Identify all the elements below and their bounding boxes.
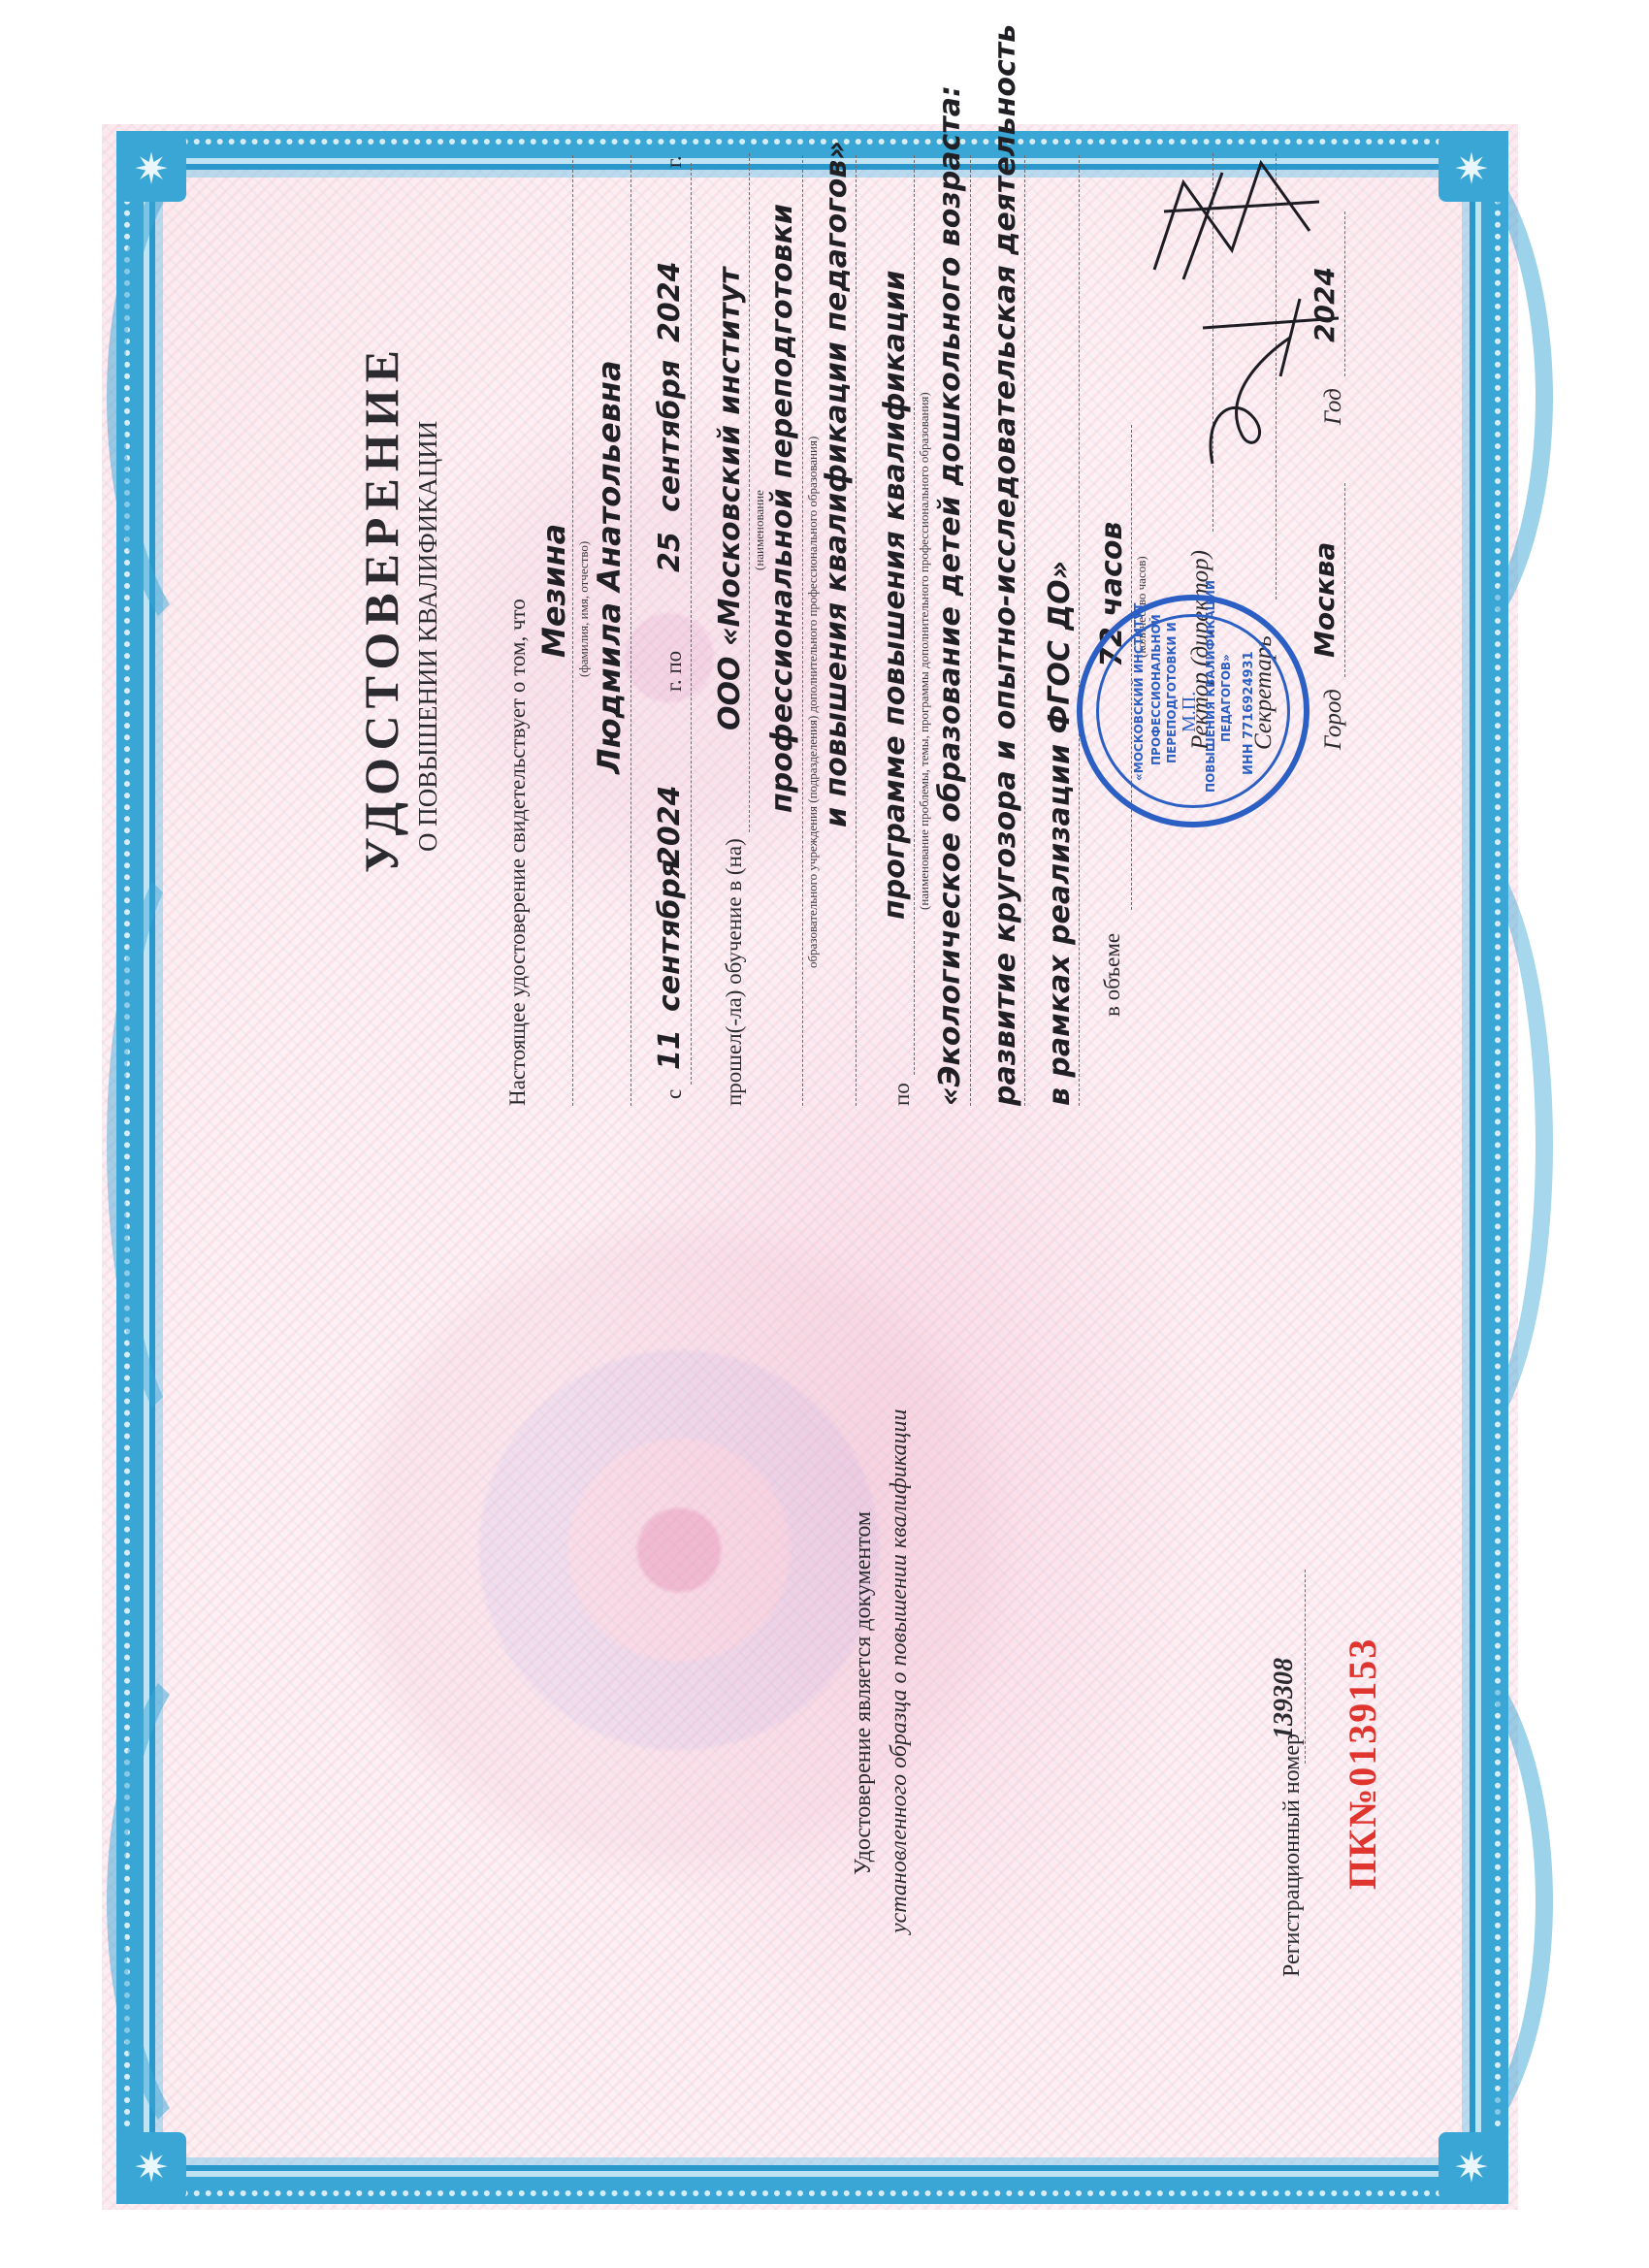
year-label: Год — [1321, 388, 1345, 425]
corner-star-icon: ✷ — [1439, 134, 1506, 202]
fio-caption: (фамилия, имя, отчество) — [577, 541, 590, 677]
year-value: 2024 — [1311, 267, 1339, 342]
institution-caption-short: (наименование — [753, 490, 765, 570]
serial-number: ПК№0139153 — [1343, 1637, 1382, 1890]
institution-line-2: профессиональной переподготовки — [768, 204, 797, 813]
validity-note-line-2: установленного образца о повышении квали… — [888, 1409, 911, 1933]
stamp-line-2: ПРОФЕССИОНАЛЬНОЙ — [1150, 614, 1162, 765]
stamp-line-4: ПОВЫШЕНИЯ КВАЛИФИКАЦИИ — [1205, 580, 1216, 793]
intro-text: Настоящее удостоверение свидетельствует … — [506, 599, 529, 1106]
stamp-inn: ИНН 7716924931 — [1243, 651, 1255, 775]
program-title-rule-1 — [970, 155, 971, 1106]
program-caption: (наименование проблемы, темы, программы … — [918, 392, 930, 910]
name-patronymic-value: Людмила Анатольевна — [594, 360, 625, 774]
stamp-line-5: ПЕДАГОГОВ» — [1220, 654, 1232, 742]
city-value: Москва — [1311, 542, 1339, 658]
certificate-subtitle: О ПОВЫШЕНИИ КВАЛИФИКАЦИИ — [415, 421, 441, 852]
border-swag — [107, 1632, 355, 2171]
program-title-line-3: в рамках реализации ФГОС ДО» — [1046, 561, 1075, 1106]
institution-line-1: ООО «Московский институт — [716, 267, 745, 730]
program-title-rule-2 — [1024, 155, 1025, 1106]
institution-line-3-rule — [856, 155, 857, 1106]
surname-line — [572, 155, 573, 1106]
program-prefix: по — [890, 1083, 913, 1106]
registration-rule — [1305, 1570, 1306, 1764]
volume-prefix: в объеме — [1101, 933, 1123, 1017]
period-to-day: 25 — [656, 532, 685, 572]
border-swag — [107, 836, 297, 1453]
study-prefix: прошел(-ла) обучение в (на) — [723, 838, 745, 1106]
period-suffix: г. — [663, 155, 685, 168]
corner-star-icon: ✷ — [118, 134, 186, 202]
border-swag — [1363, 836, 1553, 1453]
name-line — [630, 155, 631, 1106]
period-from-year: 2024 — [656, 786, 685, 867]
year-rule — [1344, 211, 1345, 376]
period-to-year: 2024 — [656, 262, 685, 343]
institution-line-1-rule — [749, 153, 750, 832]
period-from-day: 11 — [656, 1029, 685, 1070]
validity-note-line-1: Удостоверение является документом — [852, 1511, 875, 1875]
institution-line-2-rule — [802, 155, 803, 1106]
registration-label: Регистрационный номер — [1280, 1733, 1304, 1977]
program-title-line-1: «Экологическое образование детей дошколь… — [936, 85, 965, 1106]
registration-number: 139308 — [1271, 1658, 1298, 1739]
border-swag — [107, 128, 355, 667]
city-rule — [1344, 483, 1345, 677]
institution-caption: образовательного учреждения (подразделен… — [806, 437, 819, 968]
city-label: Город — [1321, 689, 1345, 750]
organization-stamp: М.П. ИНН 7716924931 «МОСКОВСКИЙ ИНСТИТУТ… — [1077, 595, 1309, 827]
period-to-prefix: г. по — [663, 651, 685, 692]
stamp-line-3: ПЕРЕПОДГОТОВКИ И — [1166, 622, 1178, 763]
rector-signature — [1145, 144, 1329, 289]
certificate-title: УДОСТОВЕРЕНИЕ — [357, 343, 405, 873]
institution-line-3: и повышения квалификации педагогов» — [823, 141, 852, 827]
stamp-line-1: «МОСКОВСКИЙ ИНСТИТУТ — [1133, 603, 1145, 781]
corner-star-icon: ✷ — [118, 2132, 186, 2200]
period-from-prefix: с — [663, 1089, 685, 1099]
period-from-month: сентября — [656, 859, 685, 1012]
program-title-line-2: развитие кругозора и опытно-исследовател… — [991, 24, 1020, 1106]
period-to-month: сентября — [656, 360, 685, 512]
program-type: программе повышения квалификации — [881, 271, 910, 920]
surname-value: Мезина — [538, 524, 569, 658]
period-line — [691, 163, 692, 1085]
stamp-mp-label: М.П. — [1180, 692, 1199, 732]
program-type-rule — [914, 155, 915, 1075]
certificate-sheet: ✷ ✷ ✷ ✷ УДОСТОВЕРЕНИЕ О ПОВЫШЕНИИ КВАЛИФ… — [0, 0, 1649, 2268]
program-title-rule-3 — [1079, 155, 1080, 1106]
corner-star-icon: ✷ — [1439, 2132, 1506, 2200]
